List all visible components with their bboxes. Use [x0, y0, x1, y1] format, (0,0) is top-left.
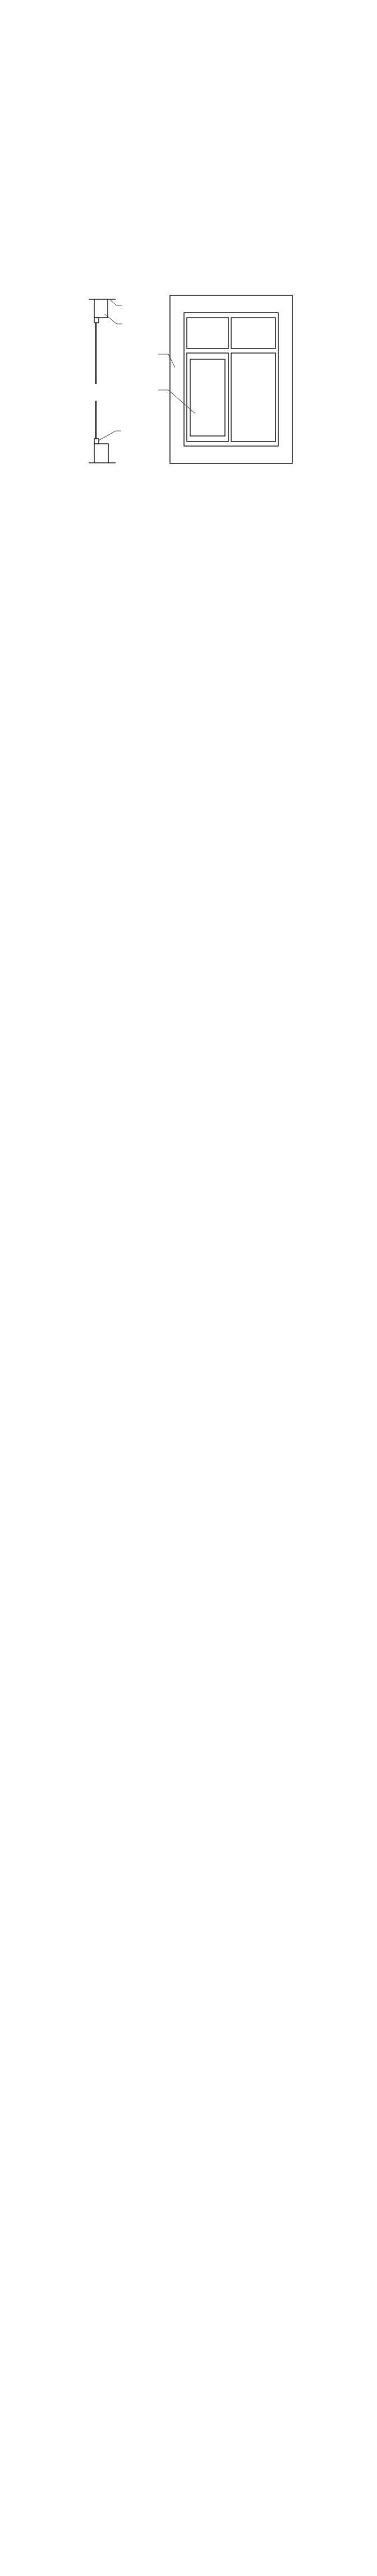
figure-2-diagram — [0, 0, 377, 504]
